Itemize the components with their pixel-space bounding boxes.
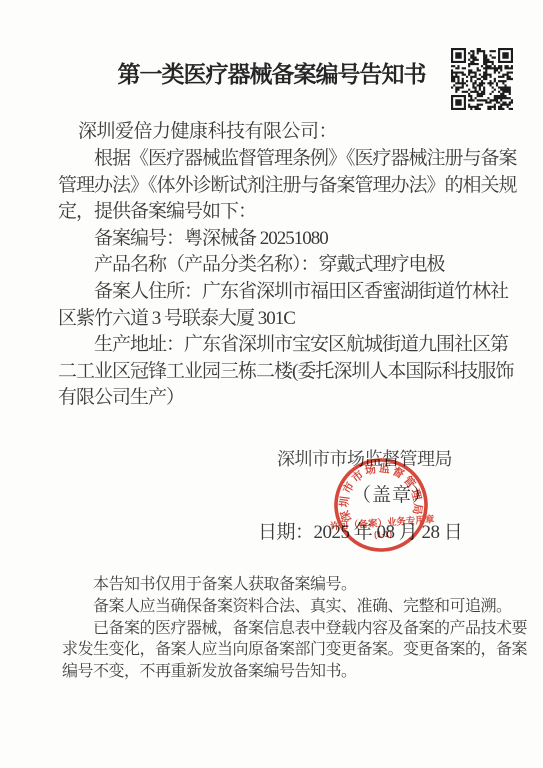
note-line: 已备案的医疗器械，备案信息表中登载内容及备案的产品技术要 xyxy=(62,618,536,640)
addressee-company: 深圳爱倍力健康科技有限公司： xyxy=(78,116,337,143)
registrant-address-line: 备案人住所：广东省深圳市福田区香蜜湖街道竹林社 xyxy=(58,279,536,306)
production-address-line: 生产地址：广东省深圳市宝安区航城街道九围社区第 xyxy=(58,332,536,359)
body-line: 根据《医疗器械监督管理条例》《医疗器械注册与备案 xyxy=(58,146,536,173)
body-line: 管理办法》《体外诊断试剂注册与备案管理办法》的相关规 xyxy=(58,173,536,200)
production-address-line: 二工业区冠锋工业园三栋二楼(委托深圳人本国际科技服饰 xyxy=(58,359,536,386)
body-text: 根据《医疗器械监督管理条例》《医疗器械注册与备案 管理办法》《体外诊断试剂注册与… xyxy=(58,146,536,412)
footer-notes: 本告知书仅用于备案人获取备案编号。 备案人应当确保备案资料合法、真实、准确、完整… xyxy=(62,574,536,683)
product-name-line: 产品名称（产品分类名称）：穿戴式理疗电极 xyxy=(58,252,536,279)
official-seal-stamp-icon: 深圳市市场监督管理局 许可（备案）业务专用章 (1-1) xyxy=(310,437,452,572)
note-line: 求发生变化，备案人应当向原备案部门变更备案。变更备案的，备案 xyxy=(62,639,536,661)
record-number-line: 备案编号：粤深械备 20251080 xyxy=(58,226,536,253)
note-line: 编号不变，不再重新发放备案编号告知书。 xyxy=(62,661,536,683)
record-notice-document: 第一类医疗器械备案编号告知书 深圳爱倍力健康科技有限公司： 根据《医疗器械监督管… xyxy=(0,0,543,768)
seal-arc-text: 深圳市市场监督管理局 xyxy=(334,458,426,524)
seal-page-marker: (1-1) xyxy=(374,528,393,539)
production-address-line: 有限公司生产） xyxy=(58,385,536,412)
registrant-address-line: 区紫竹六道 3 号联泰大厦 301C xyxy=(58,306,536,333)
body-line: 定，提供备案编号如下： xyxy=(58,199,536,226)
qr-code-icon xyxy=(451,48,513,110)
note-line: 本告知书仅用于备案人获取备案编号。 xyxy=(62,574,536,596)
note-line: 备案人应当确保备案资料合法、真实、准确、完整和可追溯。 xyxy=(62,596,536,618)
